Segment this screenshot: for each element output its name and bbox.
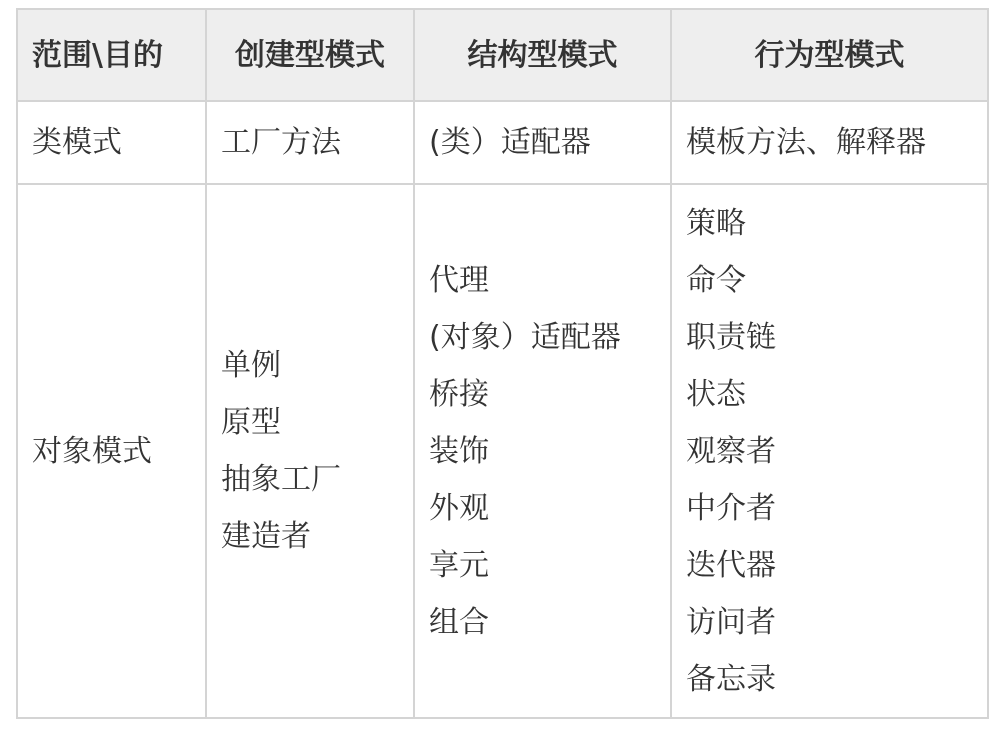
design-patterns-table: 范围\目的 创建型模式 结构型模式 行为型模式 类模式 工厂方法 (类）适配器 … [16,8,989,719]
header-scope-purpose: 范围\目的 [17,9,206,101]
header-structural: 结构型模式 [414,9,671,101]
list-item: 组合 [429,594,656,651]
list-item: 备忘录 [686,651,973,708]
list-item: 命令 [686,252,973,309]
list-item: (对象）适配器 [429,309,656,366]
cell-scope: 类模式 [17,101,206,184]
list-item: 桥接 [429,366,656,423]
list-item: 访问者 [686,594,973,651]
cell-creational: 单例 原型 抽象工厂 建造者 [206,184,414,718]
list-item: 策略 [686,195,973,252]
cell-behavioral: 策略 命令 职责链 状态 观察者 中介者 迭代器 访问者 备忘录 [671,184,988,718]
list-item: 中介者 [686,480,973,537]
cell-behavioral: 模板方法、解释器 [671,101,988,184]
list-item: 代理 [429,252,656,309]
list-item: 迭代器 [686,537,973,594]
table-row-object-patterns: 对象模式 单例 原型 抽象工厂 建造者 代理 (对象）适配器 桥接 装饰 外观 … [17,184,988,718]
header-row: 范围\目的 创建型模式 结构型模式 行为型模式 [17,9,988,101]
cell-creational: 工厂方法 [206,101,414,184]
list-item: 外观 [429,480,656,537]
list-item: 原型 [221,394,399,451]
list-item: 状态 [686,366,973,423]
table-row-class-patterns: 类模式 工厂方法 (类）适配器 模板方法、解释器 [17,101,988,184]
list-item: 装饰 [429,423,656,480]
list-item: 享元 [429,537,656,594]
list-item: 建造者 [221,508,399,565]
list-item: 抽象工厂 [221,451,399,508]
list-item: 职责链 [686,309,973,366]
list-item: 观察者 [686,423,973,480]
header-behavioral: 行为型模式 [671,9,988,101]
cell-scope: 对象模式 [17,184,206,718]
list-item: 单例 [221,337,399,394]
header-creational: 创建型模式 [206,9,414,101]
cell-structural: 代理 (对象）适配器 桥接 装饰 外观 享元 组合 [414,184,671,718]
cell-structural: (类）适配器 [414,101,671,184]
